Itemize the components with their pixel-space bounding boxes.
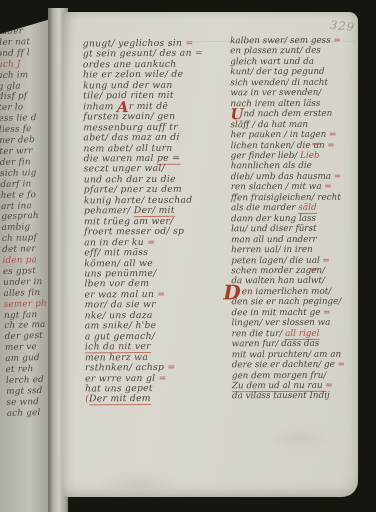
text-segment: släff / da hat man xyxy=(230,120,308,130)
text-segment: fursten zwain/ gen xyxy=(83,111,175,123)
left-text-column: gnugt/ yeglichos sin =gt sein gesunt/ de… xyxy=(83,39,206,406)
text-segment: = xyxy=(334,172,341,182)
text-segment: dee in mit macht ge xyxy=(231,308,323,318)
manuscript-line: als die marder säld xyxy=(231,203,344,214)
text-segment: en plassen zunt/ des xyxy=(230,46,321,56)
text-segment: = xyxy=(329,130,336,140)
text-segment: = xyxy=(325,381,332,391)
text-segment: sich wenden/ di nacht xyxy=(230,78,328,89)
text-segment: nd nach dem ersten xyxy=(244,109,333,119)
text-segment: eff/ mit mäss xyxy=(84,247,148,258)
manuscript-line: lingen/ ver slossen wa xyxy=(232,318,345,329)
text-segment: pehamer/ xyxy=(84,205,134,216)
text-segment: froert messer od/ sp xyxy=(84,226,184,238)
manuscript-line: ren slachen / mit wa = xyxy=(231,182,344,193)
text-segment: = xyxy=(157,289,165,300)
text-segment: her pauken / in tagen xyxy=(231,130,330,141)
text-segment: nach irem alten läss xyxy=(230,99,320,109)
text-segment: rsthnken/ achsp xyxy=(85,362,168,374)
right-text-column: kalben swer/ sem gess =en plassen zunt/ … xyxy=(230,36,345,402)
manuscript-line: da walten han ualwt/ xyxy=(231,276,344,287)
left-page-fragment: ach gel xyxy=(7,407,50,419)
text-segment: = xyxy=(323,308,330,318)
manuscript-line: lau/ und diser fürst xyxy=(231,224,344,235)
left-page-text: naderder natond ff luch Jach img gladisf… xyxy=(0,26,50,420)
manuscript-line: waz in ver swenden/ xyxy=(230,88,343,99)
text-segment: = xyxy=(338,360,345,370)
text-segment: = xyxy=(159,372,167,383)
text-segment: herren ual/ in iren xyxy=(231,245,313,255)
text-segment: gleich wart und da xyxy=(230,57,314,67)
manuscript-line: gen dem morgen fru/ xyxy=(232,370,345,381)
text-segment: waz in ver swenden/ xyxy=(230,88,321,98)
manuscript-line: ren die tur/ all rigel xyxy=(232,328,345,339)
text-segment: = xyxy=(167,362,175,373)
text-segment: kalben swer/ sem gess xyxy=(230,36,333,47)
text-segment: waren fur/ dass das xyxy=(232,339,320,349)
manuscript-line: släff / da hat man xyxy=(230,119,343,130)
text-segment: lau/ und diser fürst xyxy=(231,224,317,234)
text-segment: dere sie er dachten/ ge xyxy=(232,360,338,371)
text-segment: am snike/ h'be xyxy=(85,320,157,332)
text-segment: peten lagen/ die ual xyxy=(231,255,322,265)
manuscript-line: sich wenden/ di nacht xyxy=(230,78,343,89)
manuscript-line: da vilass tausent Indij xyxy=(232,391,345,402)
text-segment: = xyxy=(324,182,331,192)
text-segment: als die marder xyxy=(231,203,299,213)
manuscript-line: ffen fraisigleichen/ recht xyxy=(231,193,344,204)
manuscript-line: dere sie er dachten/ ge = xyxy=(232,360,345,371)
text-segment: lichen tanken/ die un xyxy=(231,140,328,151)
manuscript-line: Und nach dem ersten xyxy=(230,109,343,120)
text-segment: kunt/ der tag pegund xyxy=(230,67,324,77)
manuscript-line: man all und anderr xyxy=(231,234,344,245)
text-segment: = xyxy=(327,140,334,150)
text-segment: mit wal pruchten/ am an xyxy=(232,349,341,360)
text-segment: = xyxy=(195,48,203,59)
photo-backdrop: naderder natond ff luch Jach img gladisf… xyxy=(0,0,376,512)
text-segment: Der mit dem xyxy=(89,393,151,405)
folio-number: 329 xyxy=(329,18,355,35)
manuscript-line: her pauken / in tagen = xyxy=(231,130,344,141)
text-segment: da vilass tausent Indij xyxy=(232,391,330,402)
manuscript-line: herren ual/ in iren xyxy=(231,245,344,256)
manuscript-line: hannlichen als die xyxy=(231,161,344,172)
left-page-sliver: naderder natond ff luch Jach img gladisf… xyxy=(0,18,54,512)
text-segment: man all und anderr xyxy=(231,234,317,244)
manuscript-line: peten lagen/ die ual = xyxy=(231,255,344,266)
text-segment: da walten han ualwt/ xyxy=(231,276,325,286)
text-segment: hannlichen als die xyxy=(231,161,312,171)
text-segment: gen dem morgen fru/ xyxy=(232,370,327,380)
text-segment: ren slachen / mit wa xyxy=(231,182,325,192)
manuscript-line: mit wal pruchten/ am an xyxy=(232,349,345,360)
text-segment: = xyxy=(147,237,155,248)
text-segment: säld xyxy=(298,203,316,214)
text-segment: ffen fraisigleichen/ recht xyxy=(231,193,341,204)
manuscript-line: en plassen zunt/ des xyxy=(230,46,343,57)
text-segment: = xyxy=(323,255,330,265)
text-segment: en iamerlichen mot/ xyxy=(242,287,332,297)
text-segment: den sie er nach peginge/ xyxy=(231,297,341,308)
text-segment: = xyxy=(333,36,340,46)
text-segment: lingen/ ver slossen wa xyxy=(232,318,331,329)
manuscript-line: dann der kung lass xyxy=(231,213,344,224)
text-segment: dieb/ umb das hausma xyxy=(231,172,334,183)
text-segment: Lieb xyxy=(300,151,320,161)
manuscript-line: waren fur/ dass das xyxy=(232,339,345,350)
manuscript-line: lichen tanken/ die un = xyxy=(231,140,344,151)
manuscript-line: kunt/ der tag pegund xyxy=(230,67,343,78)
text-segment: ren die tur/ xyxy=(232,329,286,339)
manuscript-line: (Der mit dem xyxy=(85,394,205,405)
manuscript-page: 329 gnugt/ yeglichos sin =gt sein gesunt… xyxy=(62,12,358,497)
text-segment: dann der kung lass xyxy=(231,214,316,224)
text-segment: ger finder lieb/ xyxy=(231,151,300,161)
text-segment: abet/ das maz an di xyxy=(83,132,179,144)
manuscript-line: den sie er nach peginge/ xyxy=(231,297,344,308)
